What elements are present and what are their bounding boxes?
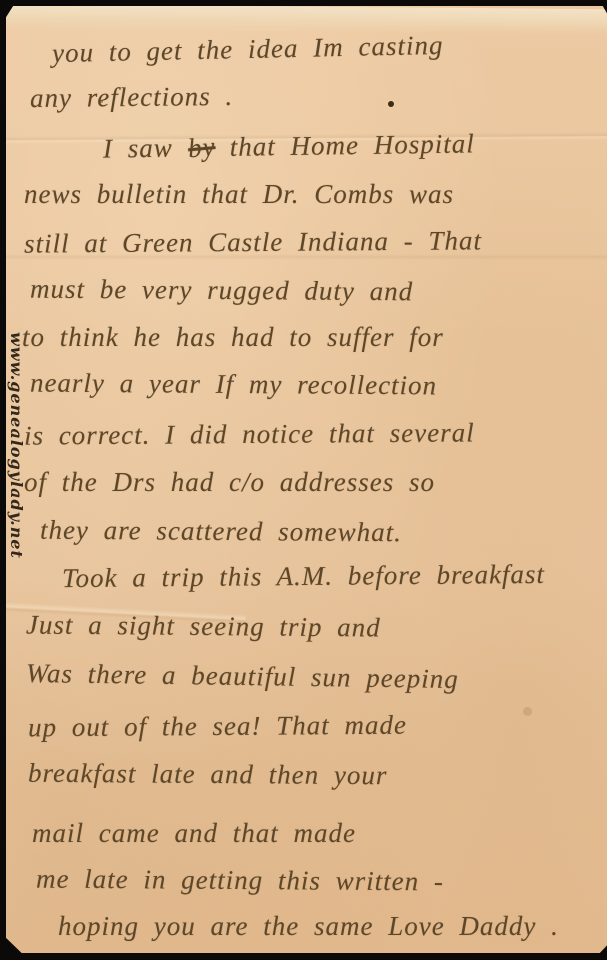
letter-line-2: any reflections . (30, 81, 234, 114)
paper-stain (523, 707, 532, 716)
ink-blot (388, 101, 394, 107)
letter-line-3: I saw by that Home Hospital (103, 128, 475, 164)
letter-line-8: nearly a year If my recollection (30, 368, 437, 402)
scan-background: www.genealogylady.net you to get the ide… (0, 0, 607, 960)
letter-line-1: you to get the idea Im casting (52, 30, 444, 69)
letter-line-16: breakfast late and then your (28, 758, 388, 792)
letter-line-12: Took a trip this A.M. before breakfast (62, 559, 545, 594)
letter-line-14: Was there a beautiful sun peeping (26, 658, 459, 695)
letter-body: you to get the idea Im casting any refle… (0, 0, 607, 960)
letter-line-7: to think he has had to suffer for (22, 322, 444, 353)
letter-line-13: Just a sight seeing trip and (26, 609, 381, 643)
letter-line-19: hoping you are the same Love Daddy . (58, 911, 559, 942)
letter-line-9: is correct. I did notice that several (24, 417, 475, 451)
crossed-out-word: by (186, 131, 216, 164)
letter-line-4: news bulletin that Dr. Combs was (24, 179, 454, 210)
letter-line-15: up out of the sea! That made (28, 710, 407, 744)
letter-line-10: of the Drs had c/o addresses so (24, 467, 435, 498)
letter-line-17: mail came and that made (32, 818, 356, 849)
letter-line-11: they are scattered somewhat. (40, 515, 402, 549)
letter-line-3-pre: I saw (103, 132, 188, 163)
paper-speck (100, 100, 103, 103)
letter-line-6: must be very rugged duty and (30, 274, 413, 308)
letter-line-5: still at Green Castle Indiana - That (24, 225, 482, 259)
letter-line-3-post: that Home Hospital (215, 128, 475, 162)
letter-line-18: me late in getting this written - (36, 864, 444, 898)
